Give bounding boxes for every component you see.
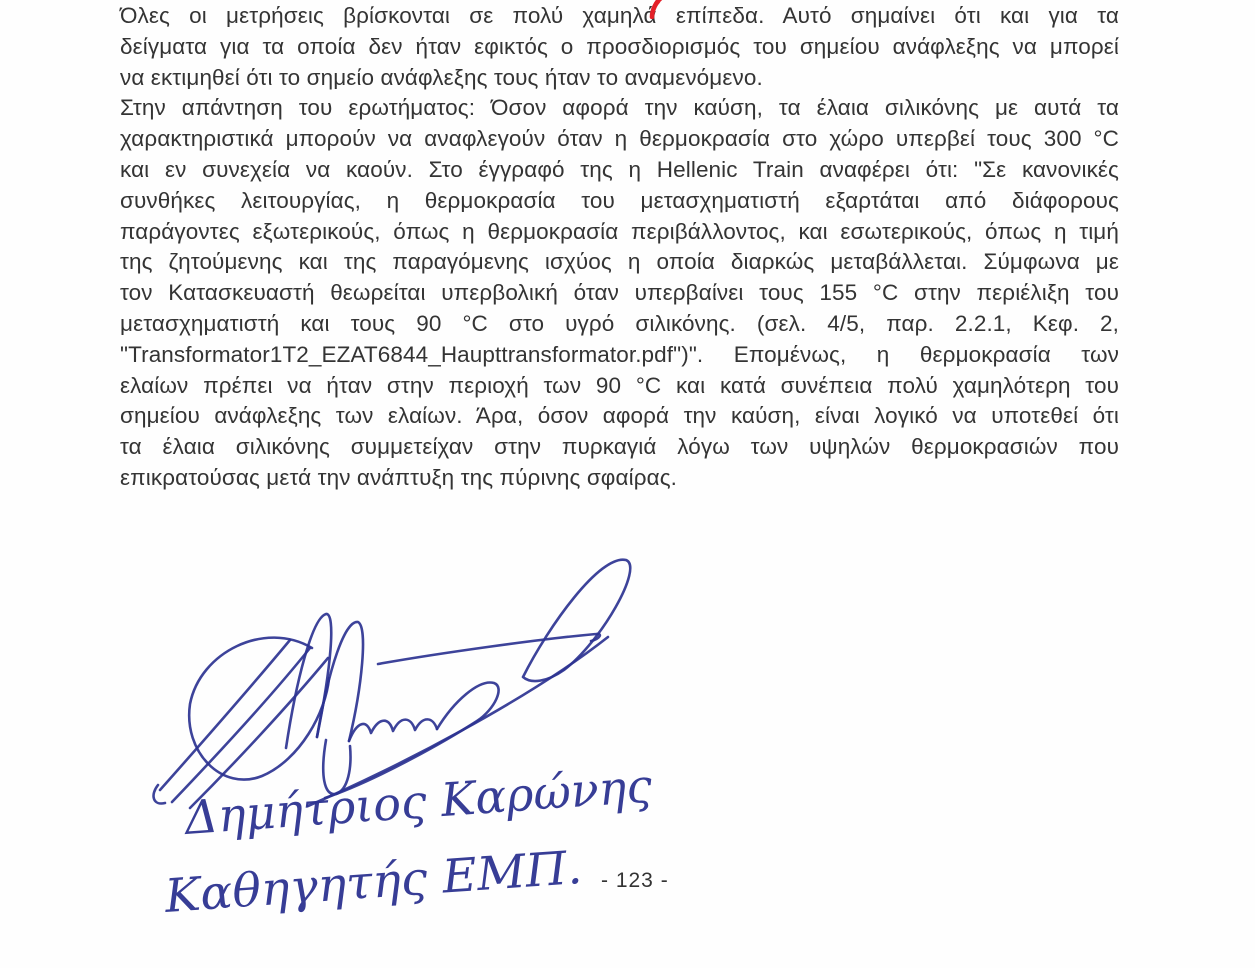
text-line: τα έλαια σιλικόνης συμμετείχαν στην πυρκ… xyxy=(120,432,1119,463)
text-line: επικρατούσας μετά την ανάπτυξη της πύριν… xyxy=(120,463,1119,494)
signature-block: Δημήτριος Καρώνης Καθηγητής ΕΜΠ. xyxy=(140,540,680,940)
signature-title-text: Καθηγητής ΕΜΠ. xyxy=(162,840,584,923)
text-line: ελαίων πρέπει να ήταν στην περιοχή των 9… xyxy=(120,371,1119,402)
text-line: τον Κατασκευαστή θεωρείται υπερβολική ότ… xyxy=(120,278,1119,309)
text-line: παράγοντες εξωτερικούς, όπως η θερμοκρασ… xyxy=(120,217,1119,248)
text-line: Στην απάντηση του ερωτήματος: Όσον αφορά… xyxy=(120,93,1119,124)
text-line: σημείου ανάφλεξης των ελαίων. Άρα, όσον … xyxy=(120,401,1119,432)
text-line: "Transformator1T2_EZAT6844_Haupttransfor… xyxy=(120,340,1119,371)
text-line: χαρακτηριστικά μπορούν να αναφλεγούν ότα… xyxy=(120,124,1119,155)
text-line: Όλες οι μετρήσεις βρίσκονται σε πολύ χαμ… xyxy=(120,1,1119,32)
signature-name-text: Δημήτριος Καρώνης xyxy=(181,758,654,845)
text-line: και εν συνεχεία να καούν. Στο έγγραφό τη… xyxy=(120,155,1119,186)
text-line: της ζητούμενης και της παραγόμενης ισχύο… xyxy=(120,247,1119,278)
text-line: συνθήκες λειτουργίας, η θερμοκρασία του … xyxy=(120,186,1119,217)
text-line: να εκτιμηθεί ότι το σημείο ανάφλεξης του… xyxy=(120,63,1119,94)
text-line: δείγματα για τα οποία δεν ήταν εφικτός ο… xyxy=(120,32,1119,63)
text-line: μετασχηματιστή και τους 90 °C στο υγρό σ… xyxy=(120,309,1119,340)
body-text: Όλες οι μετρήσεις βρίσκονται σε πολύ χαμ… xyxy=(120,1,1119,494)
document-page: Όλες οι μετρήσεις βρίσκονται σε πολύ χαμ… xyxy=(0,0,1255,968)
